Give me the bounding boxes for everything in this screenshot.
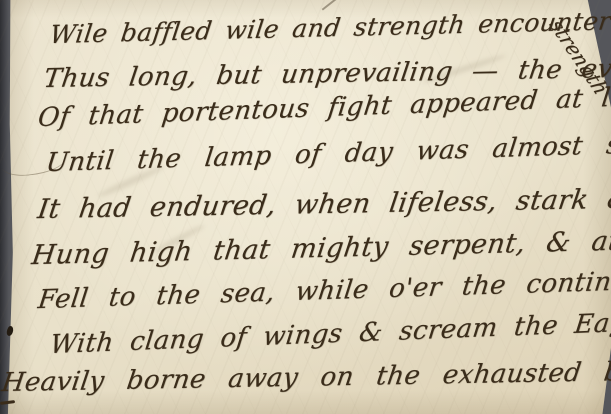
photo-backdrop: Wile baffled wile and strength encounter…	[0, 0, 611, 414]
